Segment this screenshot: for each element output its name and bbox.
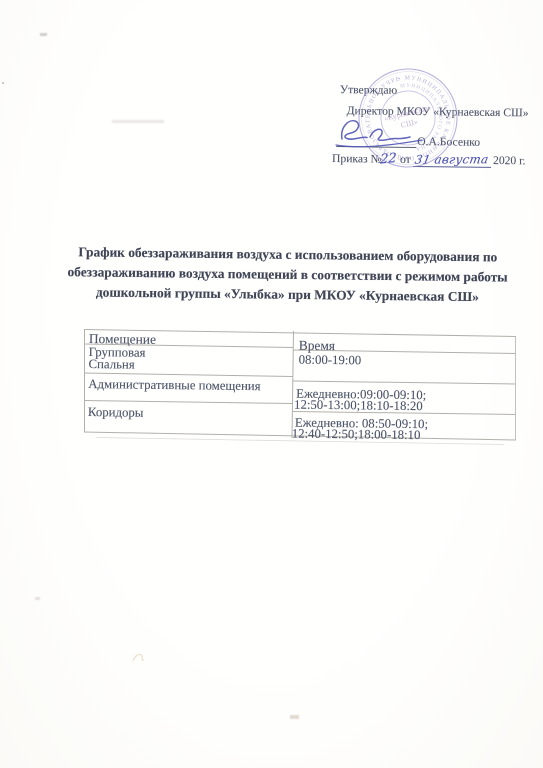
order-label: Приказ № — [332, 152, 382, 166]
scanned-document-page: Утверждаю Директор МКОУ «Курнаевская СШ»… — [0, 0, 543, 768]
approval-block: Утверждаю Директор МКОУ «Курнаевская СШ»… — [332, 83, 523, 175]
document-title: График обеззараживания воздуха с использ… — [54, 242, 521, 308]
scan-smudge-top-left — [40, 33, 47, 36]
time-cell-row3-line2: 12:40-12:50;18:00-18:10 — [292, 426, 421, 443]
scan-scribble-bottom-left — [131, 650, 147, 664]
director-name: О.А.Босенко — [417, 135, 480, 149]
time-column-header: Время — [299, 338, 335, 354]
order-line: Приказ №22 от31 августа2020 г. — [332, 151, 526, 168]
room-cell-row2: Административные помещения — [88, 377, 260, 394]
approve-word: Утверждаю — [340, 83, 397, 97]
director-line: Директор МКОУ «Курнаевская СШ» — [347, 104, 529, 119]
scan-speck-left-edge — [2, 82, 4, 84]
scan-speck-lower-left — [35, 597, 40, 600]
scan-speck-bottom-center — [290, 715, 299, 719]
title-line-3: дошкольной группы «Улыбка» при МКОУ «Кур… — [54, 282, 520, 308]
room-cell-row1-line2: Спальня — [88, 357, 134, 373]
scan-smudge-left-middle — [112, 120, 164, 123]
order-date-underline: 31 августа — [413, 152, 491, 168]
schedule-table: Помещение Время Групповая Спальня 08:00-… — [83, 329, 519, 449]
signature-underline — [336, 146, 416, 148]
room-cell-row3: Коридоры — [88, 405, 144, 421]
order-from: от — [400, 153, 411, 166]
order-number-handwritten: 22 — [379, 151, 396, 168]
order-date-handwritten: 31 августа — [413, 152, 489, 166]
order-year: 2020 г. — [493, 154, 526, 167]
time-cell-row2-line2: 12:50-13:00;18:10-18:20 — [294, 397, 423, 414]
time-cell-row1: 08:00-19:00 — [299, 353, 362, 369]
